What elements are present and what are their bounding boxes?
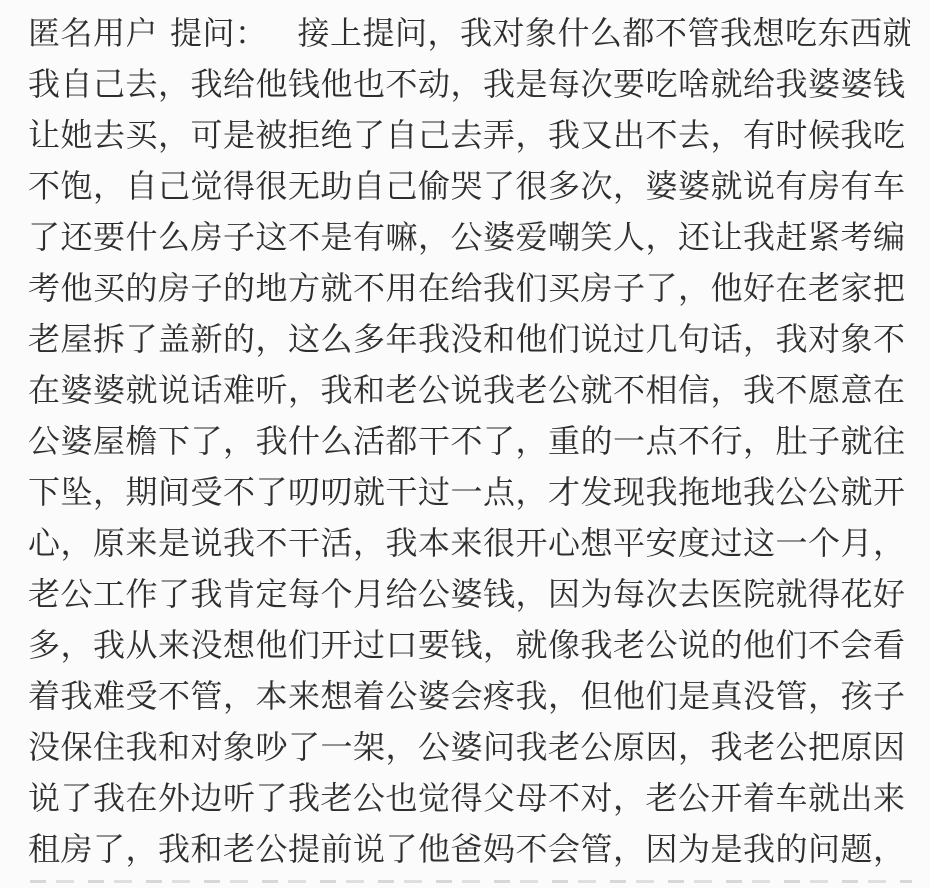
post-question: 匿名用户提问：接上提问，我对象什么都不管我想吃东西就让 我自己去，我给他钱他也不… [0, 0, 930, 875]
post-header-line: 匿名用户提问：接上提问，我对象什么都不管我想吃东西就让 [28, 8, 910, 59]
text-line: 公婆屋檐下了，我什么活都干不了，重的一点不行，肚子就往 [28, 416, 910, 467]
text-line: 下坠，期间受不了叨叨就干过一点，才发现我拖地我公公就开 [28, 467, 910, 518]
text-line: 心，原来是说我不干活，我本来很开心想平安度过这一个月， [28, 518, 910, 569]
text-line: 说了我在外边听了我老公也觉得父母不对，老公开着车就出来 [28, 773, 910, 824]
cropped-next-line [30, 880, 912, 883]
text-line: 让她去买，可是被拒绝了自己去弄，我又出不去，有时候我吃 [28, 110, 910, 161]
question-text: 我自己去，我给他钱他也不动，我是每次要吃啥就给我婆婆钱让她去买，可是被拒绝了自己… [28, 59, 910, 875]
text-line: 我自己去，我给他钱他也不动，我是每次要吃啥就给我婆婆钱 [28, 59, 910, 110]
text-line: 多，我从来没想他们开过口要钱，就像我老公说的他们不会看 [28, 620, 910, 671]
text-line: 考他买的房子的地方就不用在给我们买房子了，他好在老家把 [28, 263, 910, 314]
text-line: 了还要什么房子这不是有嘛，公婆爱嘲笑人，还让我赶紧考编 [28, 212, 910, 263]
author-name: 匿名用户 [28, 15, 158, 51]
text-line: 租房了，我和老公提前说了他爸妈不会管，因为是我的问题， [28, 824, 910, 875]
text-line: 不饱，自己觉得很无助自己偷哭了很多次，婆婆就说有房有车 [28, 161, 910, 212]
ask-label: 提问： [170, 15, 268, 51]
text-line: 着我难受不管，本来想着公婆会疼我，但他们是真没管，孩子 [28, 671, 910, 722]
text-line: 老屋拆了盖新的，这么多年我没和他们说过几句话，我对象不 [28, 314, 910, 365]
text-line: 在婆婆就说话难听，我和老公说我老公就不相信，我不愿意在 [28, 365, 910, 416]
text-line: 老公工作了我肯定每个月给公婆钱，因为每次去医院就得花好 [28, 569, 910, 620]
text-line: 没保住我和对象吵了一架，公婆问我老公原因，我老公把原因 [28, 722, 910, 773]
text-line: 接上提问，我对象什么都不管我想吃东西就让 [298, 15, 910, 51]
